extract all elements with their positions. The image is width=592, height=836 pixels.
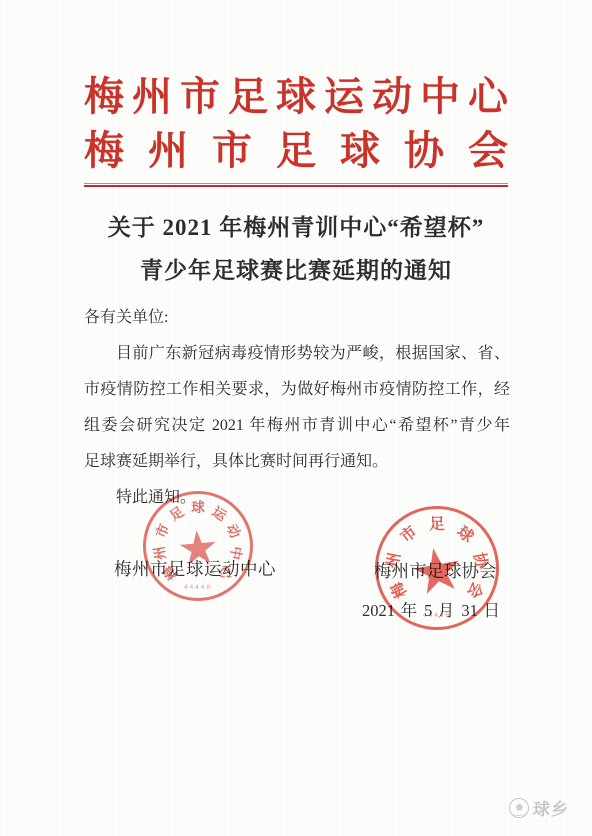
official-seal-right: 梅州市足球协会 44440 (372, 503, 502, 633)
watermark: 球乡 (509, 795, 569, 820)
body-line: 组委会研究决定 2021 年梅州市青训中心“希望杯”青少年 (84, 408, 510, 444)
org-name-secondary: 梅州市足球协会 (84, 124, 508, 178)
org-name-primary: 梅州市足球运动中心 (84, 70, 508, 124)
body-line: 足球赛延期举行，具体比赛时间再行通知。 (84, 444, 510, 480)
notice-title: 关于 2021 年梅州青训中心“希望杯” 青少年足球赛比赛延期的通知 (0, 206, 592, 292)
official-seal-left: 梅州市足球运动中心 44440 (140, 488, 256, 604)
seal-code: 44440 (372, 612, 502, 619)
soccer-ball-icon (509, 798, 529, 818)
body-line: 市疫情防控工作相关要求，为做好梅州市疫情防控工作，经 (84, 372, 510, 408)
notice-title-line1: 关于 2021 年梅州青训中心“希望杯” (0, 206, 592, 249)
letterhead: 梅州市足球运动中心 梅州市足球协会 (84, 70, 508, 187)
seal-code: 44440 (140, 584, 256, 591)
watermark-text: 球乡 (532, 795, 570, 820)
salutation: 各有关单位: (84, 300, 510, 336)
notice-body: 各有关单位: 目前广东新冠病毒疫情形势较为严峻，根据国家、省、 市疫情防控工作相… (84, 300, 510, 516)
document-page: 梅州市足球运动中心 梅州市足球协会 关于 2021 年梅州青训中心“希望杯” 青… (0, 0, 592, 836)
notice-title-line2: 青少年足球赛比赛延期的通知 (0, 249, 592, 292)
body-line: 目前广东新冠病毒疫情形势较为严峻，根据国家、省、 (84, 336, 510, 372)
letterhead-divider (84, 183, 508, 187)
